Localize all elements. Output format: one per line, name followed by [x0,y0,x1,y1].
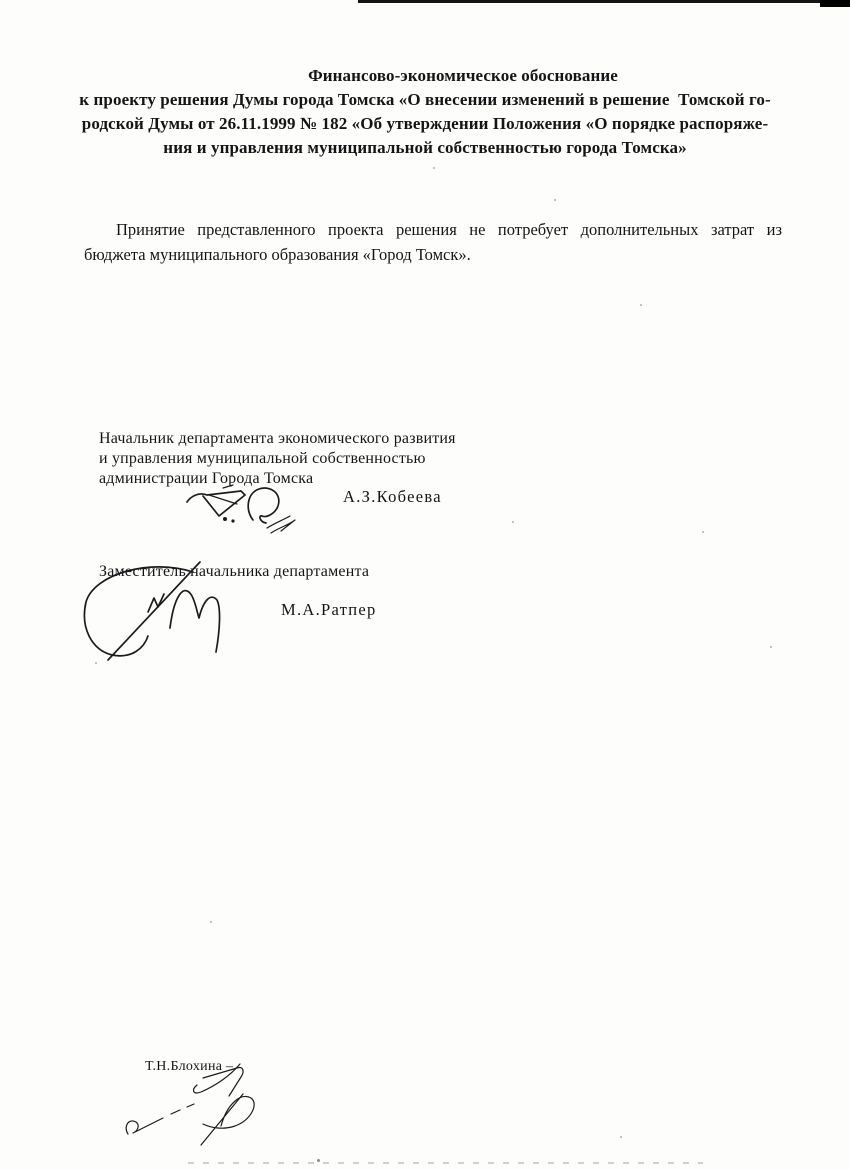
title-line: Финансово-экономическое обоснование [80,64,846,88]
signatory-1-position: Начальник департамента экономического ра… [99,429,456,489]
scan-speckle [512,521,514,523]
scan-speckle [210,921,212,923]
scan-speckle [620,1136,622,1138]
document-title: Финансово-экономическое обоснование к пр… [42,64,808,160]
signature-blokhina-icon [115,1056,315,1148]
scan-speckle [554,199,556,201]
title-line: родской Думы от 26.11.1999 № 182 «Об утв… [42,112,808,136]
scanned-document-page: Финансово-экономическое обоснование к пр… [0,0,850,1170]
scan-artifact-top-bar [358,0,850,3]
scan-speckle [702,531,704,533]
title-line: к проекту решения Думы города Томска «О … [42,88,808,112]
signature-kobeeva-icon [183,482,308,538]
signature-ratner-icon [78,552,253,664]
scan-speckle [433,167,435,169]
body-line: Принятие представленного проекта решения… [84,217,782,242]
position-line: Начальник департамента экономического ра… [99,429,456,449]
body-line: бюджета муниципального образования «Горо… [84,242,782,267]
scan-speckle [640,304,642,306]
position-line: и управления муниципальной собственность… [99,449,456,469]
signatory-1-name: А.З.Кобеева [343,487,442,507]
body-paragraph: Принятие представленного проекта решения… [84,217,782,267]
signatory-2-name: М.А.Ратпер [281,600,377,620]
scan-artifact-corner-blob [820,0,850,7]
title-line: ния и управления муниципальной собственн… [42,136,808,160]
scan-speckle [770,646,772,648]
scan-artifact-bottom-dashes [188,1162,703,1164]
scan-speckle [317,1159,320,1162]
